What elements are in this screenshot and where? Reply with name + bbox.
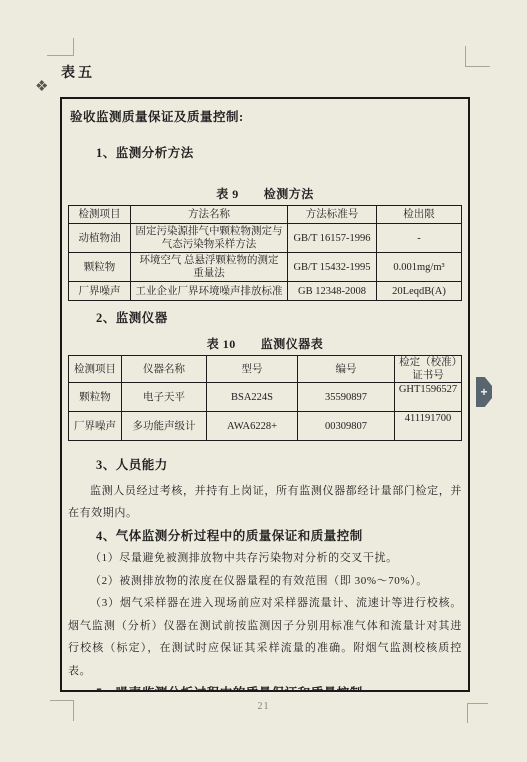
- column-header: 检出限: [377, 206, 462, 224]
- section-4-heading: 4、气体监测分析过程中的质量保证和质量控制: [96, 525, 462, 548]
- table-row: 检测项目 仪器名称 型号 编号 检定（校准）证书号: [69, 356, 462, 383]
- column-header: 仪器名称: [122, 356, 207, 383]
- table-cell: 环境空气 总悬浮颗粒物的测定 重量法: [131, 253, 288, 282]
- column-header: 方法名称: [131, 206, 288, 224]
- table-10-instruments: 检测项目 仪器名称 型号 编号 检定（校准）证书号 颗粒物 电子天平 BSA22…: [68, 355, 462, 441]
- sheet-label: 表五: [61, 62, 95, 82]
- table-row: 颗粒物 电子天平 BSA224S 35590897 GHT1596527: [69, 383, 462, 412]
- side-expand-handle-icon[interactable]: +: [476, 377, 492, 407]
- section-4-item-1: （1）尽量避免被测排放物中共存污染物对分析的交叉干扰。: [68, 547, 462, 570]
- table-row: 厂界噪声 工业企业厂界环境噪声排放标准 GB 12348-2008 20Leqd…: [69, 282, 462, 301]
- table-cell: 00309807: [298, 412, 395, 441]
- table-cell: 0.001mg/m³: [377, 253, 462, 282]
- table-9-detection-methods: 检测项目 方法名称 方法标准号 检出限 动植物油 固定污染源排气中颗粒物测定与气…: [68, 205, 462, 301]
- table-cell: AWA6228+: [207, 412, 298, 441]
- section-1-heading: 1、监测分析方法: [96, 143, 462, 161]
- table-cell: 20LeqdB(A): [377, 282, 462, 301]
- table-row: 厂界噪声 多功能声级计 AWA6228+ 00309807 411191700: [69, 412, 462, 441]
- page-number: 21: [0, 701, 527, 712]
- form-content-box: 验收监测质量保证及质量控制: 1、监测分析方法 表 9 检测方法 检测项目 方法…: [60, 97, 470, 692]
- column-header: 检测项目: [69, 356, 122, 383]
- section-2-heading: 2、监测仪器: [96, 308, 462, 326]
- table-cell: 厂界噪声: [69, 412, 122, 441]
- table-cell: 颗粒物: [69, 253, 131, 282]
- table-cell: GB/T 15432-1995: [288, 253, 377, 282]
- section-3-text: 监测人员经过考核，并持有上岗证，所有监测仪器都经计量部门检定，并在有效期内。: [68, 480, 462, 525]
- table-cell: GHT1596527: [395, 383, 462, 412]
- table-cell: 工业企业厂界环境噪声排放标准: [131, 282, 288, 301]
- table-row: 检测项目 方法名称 方法标准号 检出限: [69, 206, 462, 224]
- box-title: 验收监测质量保证及质量控制:: [70, 107, 462, 125]
- table-row: 动植物油 固定污染源排气中颗粒物测定与气态污染物采样方法 GB/T 16157-…: [69, 224, 462, 253]
- table-cell: 厂界噪声: [69, 282, 131, 301]
- column-header: 检测项目: [69, 206, 131, 224]
- table-10-caption: 表 10 监测仪器表: [68, 335, 462, 352]
- table-cell: GB/T 16157-1996: [288, 224, 377, 253]
- table-move-handle-icon[interactable]: ❖: [35, 80, 48, 95]
- table-cell: 411191700: [395, 412, 462, 441]
- section-3-heading: 3、人员能力: [96, 454, 462, 477]
- table-9-caption: 表 9 检测方法: [68, 185, 462, 202]
- section-4-item-3: （3）烟气采样器在进入现场前应对采样器流量计、流速计等进行校核。烟气监测（分析）…: [68, 592, 462, 682]
- table-cell: 电子天平: [122, 383, 207, 412]
- table-cell: 固定污染源排气中颗粒物测定与气态污染物采样方法: [131, 224, 288, 253]
- document-page: 表五 ❖ + 验收监测质量保证及质量控制: 1、监测分析方法 表 9 检测方法 …: [0, 0, 527, 762]
- table-cell: GB 12348-2008: [288, 282, 377, 301]
- text-boundary-mark-top-left: [47, 38, 74, 56]
- table-cell: 多功能声级计: [122, 412, 207, 441]
- table-cell: BSA224S: [207, 383, 298, 412]
- table-cell: 35590897: [298, 383, 395, 412]
- table-row: 颗粒物 环境空气 总悬浮颗粒物的测定 重量法 GB/T 15432-1995 0…: [69, 253, 462, 282]
- table-cell: 动植物油: [69, 224, 131, 253]
- table-cell: 颗粒物: [69, 383, 122, 412]
- column-header: 编号: [298, 356, 395, 383]
- column-header: 型号: [207, 356, 298, 383]
- text-boundary-mark-top-right: [465, 46, 490, 67]
- section-4-item-2: （2）被测排放物的浓度在仪器量程的有效范围（即 30%～70%）。: [68, 570, 462, 593]
- column-header: 方法标准号: [288, 206, 377, 224]
- column-header: 检定（校准）证书号: [395, 356, 462, 383]
- table-cell: -: [377, 224, 462, 253]
- section-5-heading: 5、噪声监测分析过程中的质量保证和质量控制: [96, 682, 462, 692]
